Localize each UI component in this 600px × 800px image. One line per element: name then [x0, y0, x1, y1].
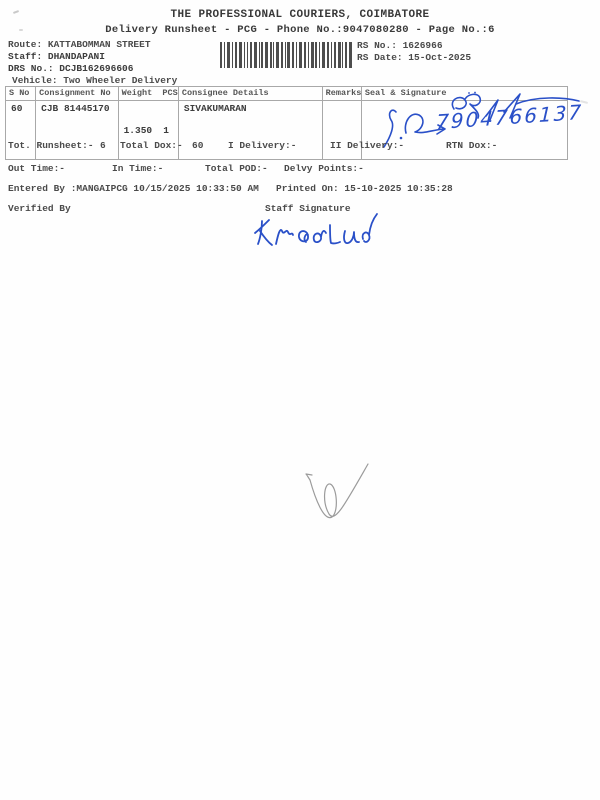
- out-time-label: Out Time:-: [8, 164, 65, 175]
- entered-by-line: Entered By :MANGAIPCG 10/15/2025 10:33:5…: [8, 184, 259, 195]
- rtn-dox-label: RTN Dox:-: [446, 141, 497, 152]
- route-line: Route: KATTABOMMAN STREET: [8, 40, 151, 51]
- col-header-weight-pcs: Weight PCS: [118, 87, 178, 101]
- total-dox-value: 60: [192, 141, 203, 152]
- rs-no-line: RS No.: 1626966: [357, 41, 443, 52]
- barcode: [220, 42, 352, 68]
- total-pod-label: Total POD:-: [205, 164, 268, 175]
- cell-weight: 1.350: [124, 126, 153, 137]
- col-header-sno: S No: [6, 87, 36, 101]
- scanned-delivery-runsheet: THE PROFESSIONAL COURIERS, COIMBATORE De…: [0, 0, 600, 800]
- in-time-label: In Time:-: [112, 164, 163, 175]
- staff-line: Staff: DHANDAPANI: [8, 52, 105, 63]
- i-delivery-label: I Delivery:-: [228, 141, 296, 152]
- page-title: THE PROFESSIONAL COURIERS, COIMBATORE: [0, 9, 600, 22]
- delvy-points-label: Delvy Points:-: [284, 164, 364, 175]
- pencil-scribble-mark: [298, 456, 380, 540]
- col-header-remarks: Remarks: [322, 87, 361, 101]
- printed-on-line: Printed On: 15-10-2025 10:35:28: [276, 184, 453, 195]
- col-header-consignment: Consignment No: [36, 87, 118, 101]
- tot-runsheet-value: 6: [100, 141, 106, 152]
- staff-signature-ink: [252, 211, 377, 253]
- rs-date-line: RS Date: 15-Oct-2025: [357, 53, 471, 64]
- verified-by-label: Verified By: [8, 204, 71, 215]
- col-header-consignee: Consignee Details: [178, 87, 322, 101]
- total-dox-label: Total Dox:-: [120, 141, 183, 152]
- ii-delivery-label: II Delivery:-: [330, 141, 404, 152]
- drs-no-line: DRS No.: DCJB162696606: [8, 64, 133, 75]
- cell-pcs: 1: [163, 126, 169, 137]
- page-subtitle: Delivery Runsheet - PCG - Phone No.:9047…: [0, 24, 600, 36]
- tot-runsheet-label: Tot. Runsheet:-: [8, 141, 94, 152]
